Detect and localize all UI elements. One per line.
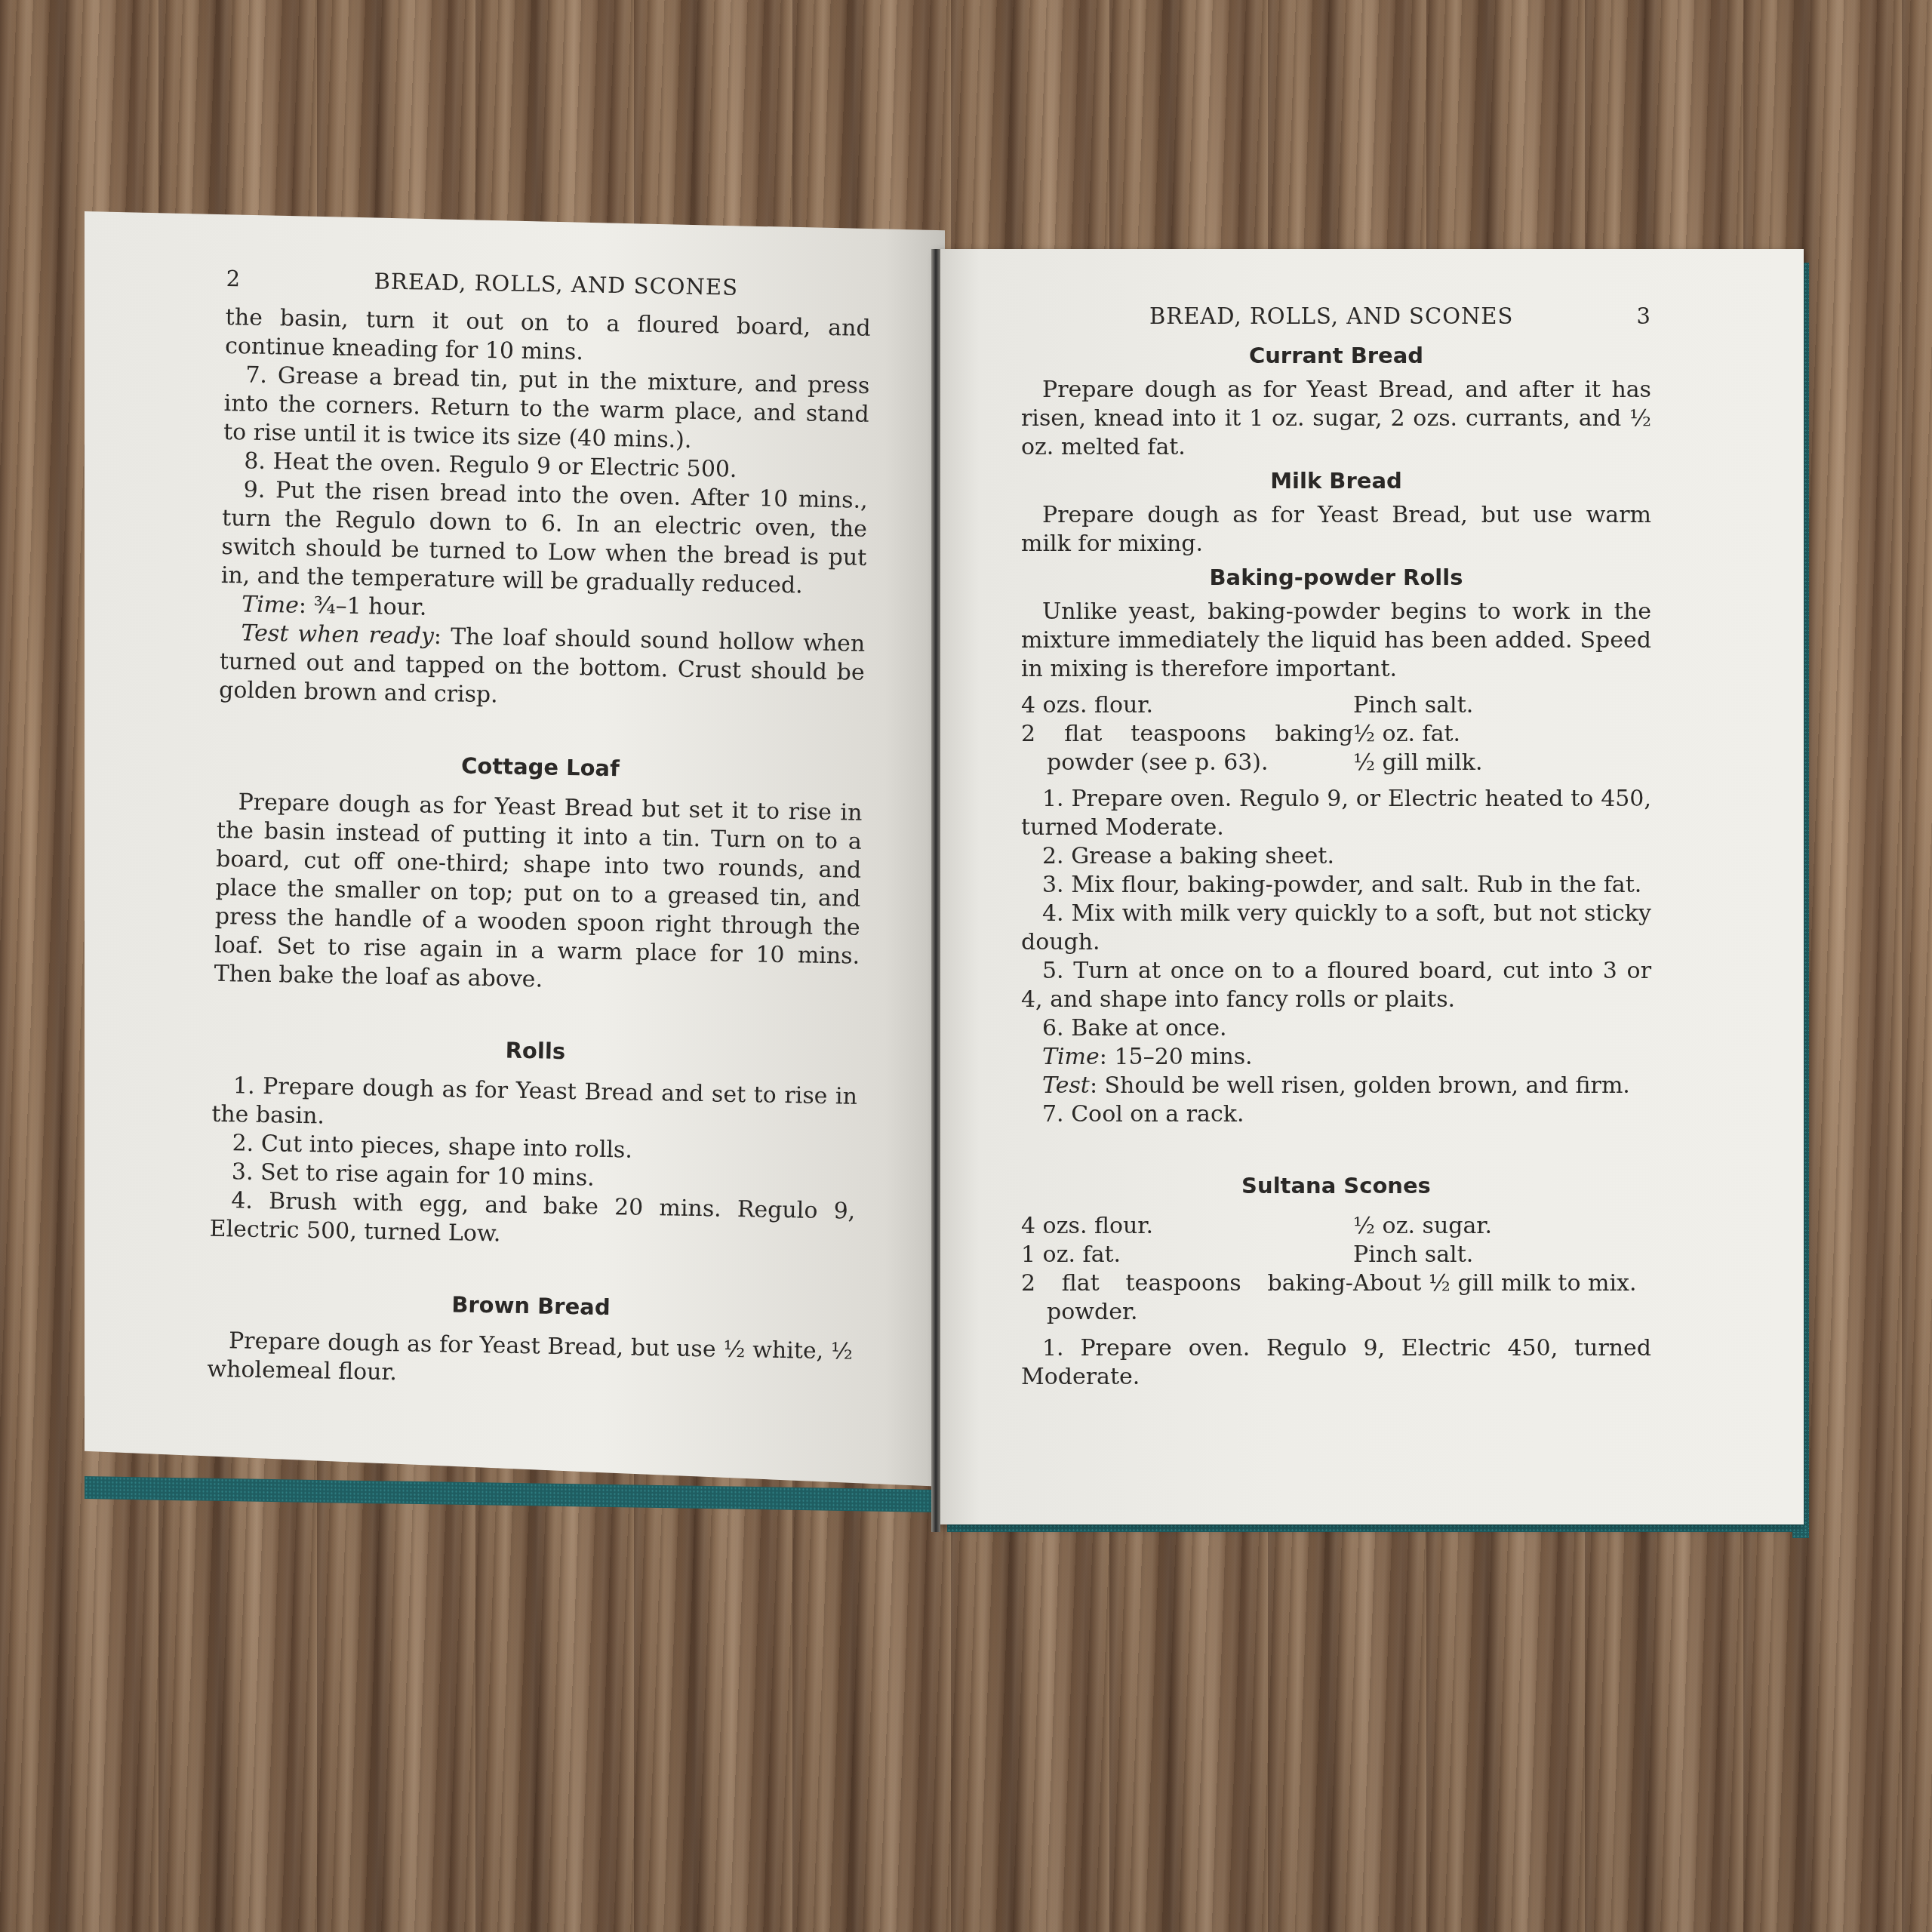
ingredient: Pinch salt. [1353,691,1651,720]
step: 6. Bake at once. [1021,1014,1651,1043]
step: 7. Grease a bread tin, put in the mixtur… [223,361,870,458]
test-label: Test [1042,1072,1090,1099]
book-spine-gutter [931,249,940,1532]
ingredient: About ½ gill milk to mix. [1353,1269,1651,1298]
test-line: Test: Should be well risen, golden brown… [1021,1072,1651,1100]
recipe-body: Prepare dough as for Yeast Bread, and af… [1021,376,1651,462]
ingredient: 2 flat teaspoons baking powder (see p. 6… [1021,720,1353,777]
time-label: Time [241,591,299,618]
ingredient: ½ oz. sugar. [1353,1212,1651,1241]
recipe-title-currant-bread: Currant Bread [1021,341,1651,370]
step: 7. Cool on a rack. [1021,1100,1651,1129]
recipe-title-sultana-scones: Sultana Scones [1021,1171,1651,1200]
recipe-title-brown-bread: Brown Bread [208,1286,854,1326]
ingredients-column-left: 4 ozs. flour. 1 oz. fat. 2 flat teaspoon… [1021,1212,1353,1327]
step: 4. Brush with egg, and bake 20 mins. Reg… [209,1186,855,1255]
ingredient: ½ oz. fat. [1353,720,1651,749]
running-head-right: BREAD, ROLLS, AND SCONES 3 [1021,302,1651,331]
ingredient: 1 oz. fat. [1021,1241,1353,1269]
ingredients-list: 4 ozs. flour. 1 oz. fat. 2 flat teaspoon… [1021,1212,1651,1327]
ingredients-column-left: 4 ozs. flour. 2 flat teaspoons baking po… [1021,691,1353,777]
recipe-body: Prepare dough as for Yeast Bread, but us… [1021,501,1651,558]
ingredients-list: 4 ozs. flour. 2 flat teaspoons baking po… [1021,691,1651,777]
ingredient: 2 flat teaspoons baking-powder. [1021,1269,1353,1327]
time-value: : 15–20 mins. [1100,1044,1253,1070]
ingredients-column-right: ½ oz. sugar. Pinch salt. About ½ gill mi… [1353,1212,1651,1327]
step: 2. Grease a baking sheet. [1021,842,1651,871]
ingredient: 4 ozs. flour. [1021,691,1353,720]
step: 9. Put the risen bread into the oven. Af… [220,475,868,601]
time-label: Time [1042,1044,1100,1070]
right-page-text: BREAD, ROLLS, AND SCONES 3 Currant Bread… [1021,302,1651,1392]
recipe-title-cottage-loaf: Cottage Loaf [217,747,863,787]
page-number: 2 [226,264,241,293]
step: 4. Mix with milk very quickly to a soft,… [1021,900,1651,957]
ingredient: 4 ozs. flour. [1021,1212,1353,1241]
ingredients-column-right: Pinch salt. ½ oz. fat. ½ gill milk. [1353,691,1651,777]
ingredient: Pinch salt. [1353,1241,1651,1269]
step: 3. Mix flour, baking-powder, and salt. R… [1021,871,1651,900]
recipe-intro: Unlike yeast, baking-powder begins to wo… [1021,598,1651,684]
recipe-title-milk-bread: Milk Bread [1021,466,1651,495]
recipe-title-baking-powder-rolls: Baking-powder Rolls [1021,563,1651,592]
time-line: Time: 15–20 mins. [1021,1043,1651,1072]
ingredient: ½ gill milk. [1353,749,1651,777]
left-page-text: 2 BREAD, ROLLS, AND SCONES the basin, tu… [207,264,872,1395]
time-value: : ¾–1 hour. [299,592,427,621]
test-label: Test when ready [241,620,434,649]
page-number: 3 [1637,302,1651,331]
test-value: : Should be well risen, golden brown, an… [1090,1072,1630,1099]
step: 1. Prepare oven. Regulo 9, or Electric h… [1021,785,1651,842]
recipe-body: Prepare dough as for Yeast Bread, but us… [207,1327,853,1395]
test-line: Test when ready: The loaf should sound h… [219,619,866,716]
running-head-title: BREAD, ROLLS, AND SCONES [1021,302,1637,331]
recipe-title-rolls: Rolls [213,1031,859,1071]
step: 5. Turn at once on to a floured board, c… [1021,957,1651,1014]
step: 1. Prepare oven. Regulo 9, Electric 450,… [1021,1334,1651,1392]
recipe-body: Prepare dough as for Yeast Bread but set… [214,788,863,1000]
